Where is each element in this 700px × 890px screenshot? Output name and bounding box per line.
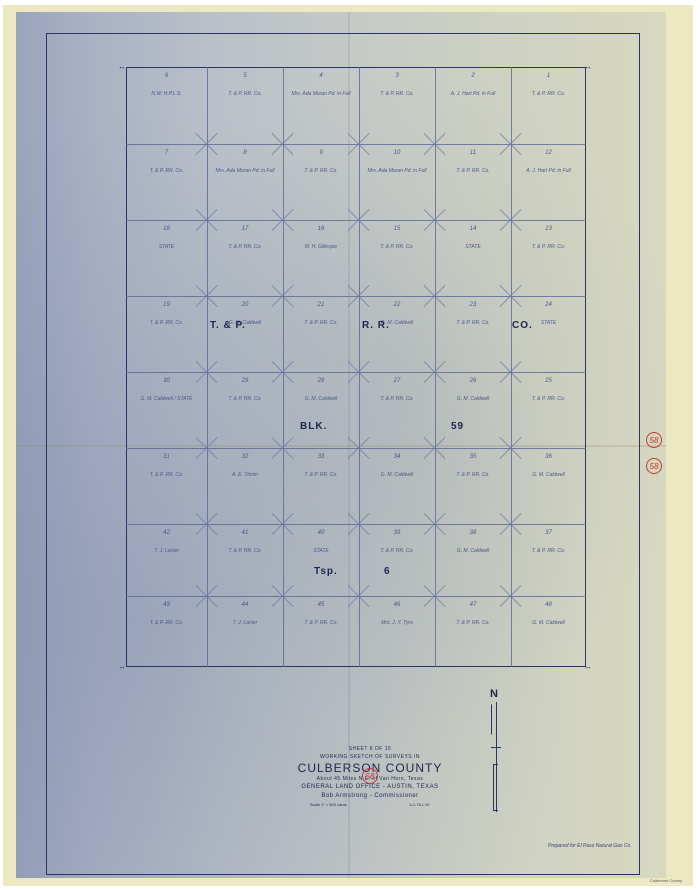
survey-section: 46Mrs. J. Y. Tyra — [359, 596, 435, 667]
section-number: 20 — [207, 302, 283, 308]
section-owner: A. J. Hart Pd. in Full — [515, 168, 582, 174]
section-number: 21 — [283, 302, 359, 308]
survey-section: 35T. & P. RR. Co. — [435, 448, 511, 524]
section-number: 25 — [511, 378, 586, 384]
section-owner: T. & P. RR. Co. — [211, 91, 279, 97]
survey-section: 41T. & P. RR. Co. — [207, 524, 283, 596]
survey-section: 6N.W. H.P.L.S. — [126, 67, 207, 144]
corner-mark-icon: ↔ — [584, 62, 592, 71]
section-owner: G. M. Caldwell — [287, 396, 355, 402]
survey-section: 47T. & P. RR. Co. — [435, 596, 511, 667]
section-owner: T. & P. RR. Co. — [211, 244, 279, 250]
sketch-subtitle: WORKING SKETCH OF SURVEYS IN — [280, 753, 460, 761]
section-owner: G. M. Caldwell — [439, 396, 507, 402]
railroad-label-co: CO. — [512, 320, 533, 331]
section-number: 39 — [359, 530, 435, 536]
section-owner: T. & P. RR. Co. — [211, 548, 279, 554]
north-arrow-icon — [496, 702, 498, 812]
section-owner: T. & P. RR. Co. — [439, 320, 507, 326]
survey-section: 17T. & P. RR. Co. — [207, 220, 283, 296]
section-owner: G. M. Caldwell — [515, 620, 582, 626]
section-number: 30 — [126, 378, 207, 384]
section-number: 11 — [435, 150, 511, 156]
section-owner: T. J. Lanier — [130, 548, 203, 554]
section-owner: T. & P. RR. Co. — [287, 168, 355, 174]
survey-section: 22G. M. Caldwell — [359, 296, 435, 372]
section-owner: T. & P. RR. Co. — [363, 244, 431, 250]
survey-section: 29T. & P. RR. Co. — [207, 372, 283, 448]
section-owner: T. & P. RR. Co. — [363, 548, 431, 554]
section-owner: T. & P. RR. Co. — [515, 396, 582, 402]
section-number: 17 — [207, 226, 283, 232]
section-number: 41 — [207, 530, 283, 536]
section-number: 27 — [359, 378, 435, 384]
commissioner-name: Bob Armstrong - Commissioner — [280, 792, 460, 801]
section-number: 38 — [435, 530, 511, 536]
section-owner: G. M. Caldwell — [439, 548, 507, 554]
section-owner: Mrs. Ada Moran Pd. in Full — [287, 91, 355, 97]
section-number: 8 — [207, 150, 283, 156]
section-number: 18 — [126, 226, 207, 232]
survey-section: 38G. M. Caldwell — [435, 524, 511, 596]
section-number: 28 — [283, 378, 359, 384]
section-owner: T. & P. RR. Co. — [287, 320, 355, 326]
section-number: 2 — [435, 73, 511, 79]
section-number: 15 — [359, 226, 435, 232]
section-number: 1 — [511, 73, 586, 79]
survey-section: 9T. & P. RR. Co. — [283, 144, 359, 220]
survey-section: 24STATE — [511, 296, 586, 372]
section-number: 33 — [283, 454, 359, 460]
section-number: 23 — [435, 302, 511, 308]
section-number: 36 — [511, 454, 586, 460]
scale-date-row: Scale 1" = 500 varas 4-1-76 L.W. — [280, 801, 460, 809]
scale-text: Scale 1" = 500 varas — [310, 801, 347, 809]
survey-section: 4Mrs. Ada Moran Pd. in Full — [283, 67, 359, 144]
survey-section: 12A. J. Hart Pd. in Full — [511, 144, 586, 220]
survey-section: 34G. M. Caldwell — [359, 448, 435, 524]
section-number: 46 — [359, 602, 435, 608]
section-owner: G. M. Caldwell — [363, 472, 431, 478]
section-owner: STATE — [130, 244, 203, 250]
survey-section: 11T. & P. RR. Co. — [435, 144, 511, 220]
section-number: 22 — [359, 302, 435, 308]
section-owner: T. J. Lanier — [211, 620, 279, 626]
section-number: 40 — [283, 530, 359, 536]
section-number: 45 — [283, 602, 359, 608]
section-number: 37 — [511, 530, 586, 536]
township-number: 6 — [384, 566, 391, 577]
section-number: 48 — [511, 602, 586, 608]
section-owner: T. & P. RR. Co. — [439, 620, 507, 626]
section-number: 12 — [511, 150, 586, 156]
railroad-label-rr: R. R. — [362, 320, 390, 331]
survey-section: 5T. & P. RR. Co. — [207, 67, 283, 144]
railroad-label-tp: T. & P. — [210, 320, 246, 331]
section-number: 34 — [359, 454, 435, 460]
section-number: 24 — [511, 302, 586, 308]
section-number: 47 — [435, 602, 511, 608]
survey-section: 18STATE — [126, 220, 207, 296]
survey-section: 39T. & P. RR. Co. — [359, 524, 435, 596]
section-number: 6 — [126, 73, 207, 79]
survey-section: 42T. J. Lanier — [126, 524, 207, 596]
section-owner: T. & P. RR. Co. — [515, 548, 582, 554]
section-owner: T. & P. RR. Co. — [130, 620, 203, 626]
survey-section: 27T. & P. RR. Co. — [359, 372, 435, 448]
survey-section: 25T. & P. RR. Co. — [511, 372, 586, 448]
survey-section: 31T. & P. RR. Co. — [126, 448, 207, 524]
section-owner: A. E. Tinnin — [211, 472, 279, 478]
block-number: 59 — [451, 421, 464, 432]
section-owner: T. & P. RR. Co. — [515, 244, 582, 250]
survey-section: 40STATE — [283, 524, 359, 596]
section-owner: N.W. H.P.L.S. — [130, 91, 203, 97]
section-number: 19 — [126, 302, 207, 308]
survey-section: 33T. & P. RR. Co. — [283, 448, 359, 524]
section-number: 4 — [283, 73, 359, 79]
date-text: 4-1-76 L.W. — [409, 801, 430, 809]
survey-section: 16M. H. Gillespie — [283, 220, 359, 296]
survey-section: 44T. J. Lanier — [207, 596, 283, 667]
section-number: 9 — [283, 150, 359, 156]
section-number: 26 — [435, 378, 511, 384]
section-number: 31 — [126, 454, 207, 460]
survey-section: 21T. & P. RR. Co. — [283, 296, 359, 372]
survey-section: 14STATE — [435, 220, 511, 296]
section-owner: STATE — [439, 244, 507, 250]
survey-section: 43T. & P. RR. Co. — [126, 596, 207, 667]
survey-section: 37T. & P. RR. Co. — [511, 524, 586, 596]
section-number: 10 — [359, 150, 435, 156]
block-label: BLK. — [300, 421, 327, 432]
stamp-58-icon: 58 — [362, 768, 378, 784]
survey-section: 20G. M. Caldwell — [207, 296, 283, 372]
section-number: 16 — [283, 226, 359, 232]
north-label: N — [490, 688, 498, 700]
section-number: 43 — [126, 602, 207, 608]
survey-section: 15T. & P. RR. Co. — [359, 220, 435, 296]
survey-section: 7T. & P. RR. Co. — [126, 144, 207, 220]
survey-section: 45T. & P. RR. Co. — [283, 596, 359, 667]
survey-section: 1T. & P. RR. Co. — [511, 67, 586, 144]
section-number: 3 — [359, 73, 435, 79]
survey-section: 3T. & P. RR. Co. — [359, 67, 435, 144]
survey-section: 26G. M. Caldwell — [435, 372, 511, 448]
section-owner: T. & P. RR. Co. — [287, 620, 355, 626]
section-owner: T. & P. RR. Co. — [211, 396, 279, 402]
section-number: 42 — [126, 530, 207, 536]
section-owner: A. J. Hart Pd. in Full — [439, 91, 507, 97]
survey-section: 13T. & P. RR. Co. — [511, 220, 586, 296]
section-number: 13 — [511, 226, 586, 232]
section-owner: M. H. Gillespie — [287, 244, 355, 250]
survey-section: 36G. M. Caldwell — [511, 448, 586, 524]
survey-section: 30G. M. Caldwell / STATE — [126, 372, 207, 448]
section-number: 7 — [126, 150, 207, 156]
section-owner: T. & P. RR. Co. — [363, 396, 431, 402]
section-owner: STATE — [287, 548, 355, 554]
survey-section: 2A. J. Hart Pd. in Full — [435, 67, 511, 144]
survey-section: 23T. & P. RR. Co. — [435, 296, 511, 372]
section-owner: Mrs. J. Y. Tyra — [363, 620, 431, 626]
section-number: 35 — [435, 454, 511, 460]
section-owner: T. & P. RR. Co. — [363, 91, 431, 97]
survey-section: 48G. M. Caldwell — [511, 596, 586, 667]
section-owner: Mrs. Ada Moran Pd. in Full — [363, 168, 431, 174]
section-owner: T. & P. RR. Co. — [287, 472, 355, 478]
section-owner: G. M. Caldwell / STATE — [130, 396, 203, 402]
catalog-label: Culberson County — [650, 878, 682, 883]
sheet-number: SHEET 6 OF 15 — [280, 745, 460, 753]
section-number: 44 — [207, 602, 283, 608]
corner-mark-icon: ↔ — [118, 62, 126, 71]
prepared-for-note: Prepared for El Paso Natural Gas Co. — [548, 843, 632, 849]
corner-mark-icon: ↔ — [584, 662, 592, 671]
stamp-58-icon: 58 — [646, 432, 662, 448]
corner-mark-icon: ↔ — [118, 662, 126, 671]
section-owner: T. & P. RR. Co. — [130, 320, 203, 326]
section-number: 29 — [207, 378, 283, 384]
survey-section: 10Mrs. Ada Moran Pd. in Full — [359, 144, 435, 220]
section-owner: T. & P. RR. Co. — [439, 472, 507, 478]
section-owner: T. & P. RR. Co. — [515, 91, 582, 97]
stamp-58-icon: 58 — [646, 458, 662, 474]
survey-section: 8Mrs. Ada Moran Pd. in Full — [207, 144, 283, 220]
township-label: Tsp. — [314, 566, 338, 577]
section-owner: T. & P. RR. Co. — [130, 472, 203, 478]
survey-section: 28G. M. Caldwell — [283, 372, 359, 448]
section-number: 14 — [435, 226, 511, 232]
section-owner: Mrs. Ada Moran Pd. in Full — [211, 168, 279, 174]
survey-section: 19T. & P. RR. Co. — [126, 296, 207, 372]
section-owner: G. M. Caldwell — [515, 472, 582, 478]
section-number: 32 — [207, 454, 283, 460]
section-owner: T. & P. RR. Co. — [439, 168, 507, 174]
section-number: 5 — [207, 73, 283, 79]
survey-section: 32A. E. Tinnin — [207, 448, 283, 524]
section-owner: T. & P. RR. Co. — [130, 168, 203, 174]
